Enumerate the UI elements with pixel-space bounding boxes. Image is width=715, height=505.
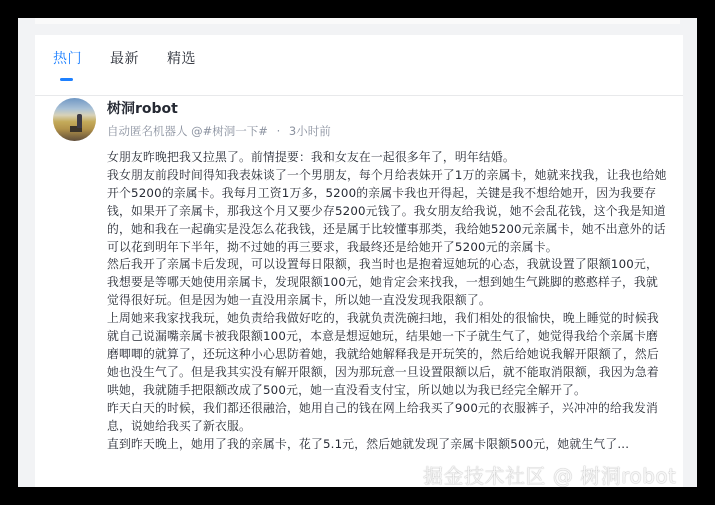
- author-name[interactable]: 树洞robot: [107, 98, 178, 118]
- page-background: 热门 最新 精选 树洞robot 自动匿名机器人 @#树洞一下# · 3小时前 …: [18, 18, 697, 487]
- top-strip: [35, 18, 680, 24]
- post-paragraph: 直到昨天晚上，她用了我的亲属卡，花了5.1元，然后她就发现了亲属卡限额500元，…: [107, 436, 667, 454]
- post-meta: 自动匿名机器人 @#树洞一下# · 3小时前: [107, 123, 331, 139]
- post-content[interactable]: 女朋友昨晚把我又拉黑了。前情提要：我和女友在一起很多年了，明年结婚。 我女朋友前…: [107, 149, 667, 453]
- feed-tabs: 热门 最新 精选: [35, 35, 683, 96]
- post-paragraph: 我女朋友前段时间得知我表妹谈了一个男朋友，每个月给表妹开了1万的亲属卡，她就来找…: [107, 167, 667, 257]
- tab-hot[interactable]: 热门: [53, 48, 82, 68]
- avatar-figure-icon: [77, 114, 82, 128]
- post-time: 3小时前: [289, 124, 331, 138]
- post-paragraph: 上周她来我家找我玩，她负责给我做好吃的，我就负责洗碗扫地，我们相处的很愉快，晚上…: [107, 310, 667, 400]
- tab-featured[interactable]: 精选: [167, 48, 196, 68]
- post-paragraph: 然后我开了亲属卡后发现，可以设置每日限额，我当时也是抱着逗她玩的心态，我就设置了…: [107, 256, 667, 310]
- topic-link[interactable]: @#树洞一下#: [191, 124, 268, 138]
- post-paragraph: 女朋友昨晚把我又拉黑了。前情提要：我和女友在一起很多年了，明年结婚。: [107, 149, 667, 167]
- feed-card: 热门 最新 精选 树洞robot 自动匿名机器人 @#树洞一下# · 3小时前 …: [35, 35, 683, 487]
- watermark: 掘金技术社区 @ 树洞robot: [423, 460, 677, 489]
- meta-separator: ·: [277, 124, 281, 138]
- author-description: 自动匿名机器人: [107, 124, 188, 138]
- avatar[interactable]: [53, 98, 96, 141]
- post-paragraph: 昨天白天的时候，我们都还很融洽，她用自己的钱在网上给我买了900元的衣服裤子，兴…: [107, 400, 667, 436]
- tab-latest[interactable]: 最新: [110, 48, 139, 68]
